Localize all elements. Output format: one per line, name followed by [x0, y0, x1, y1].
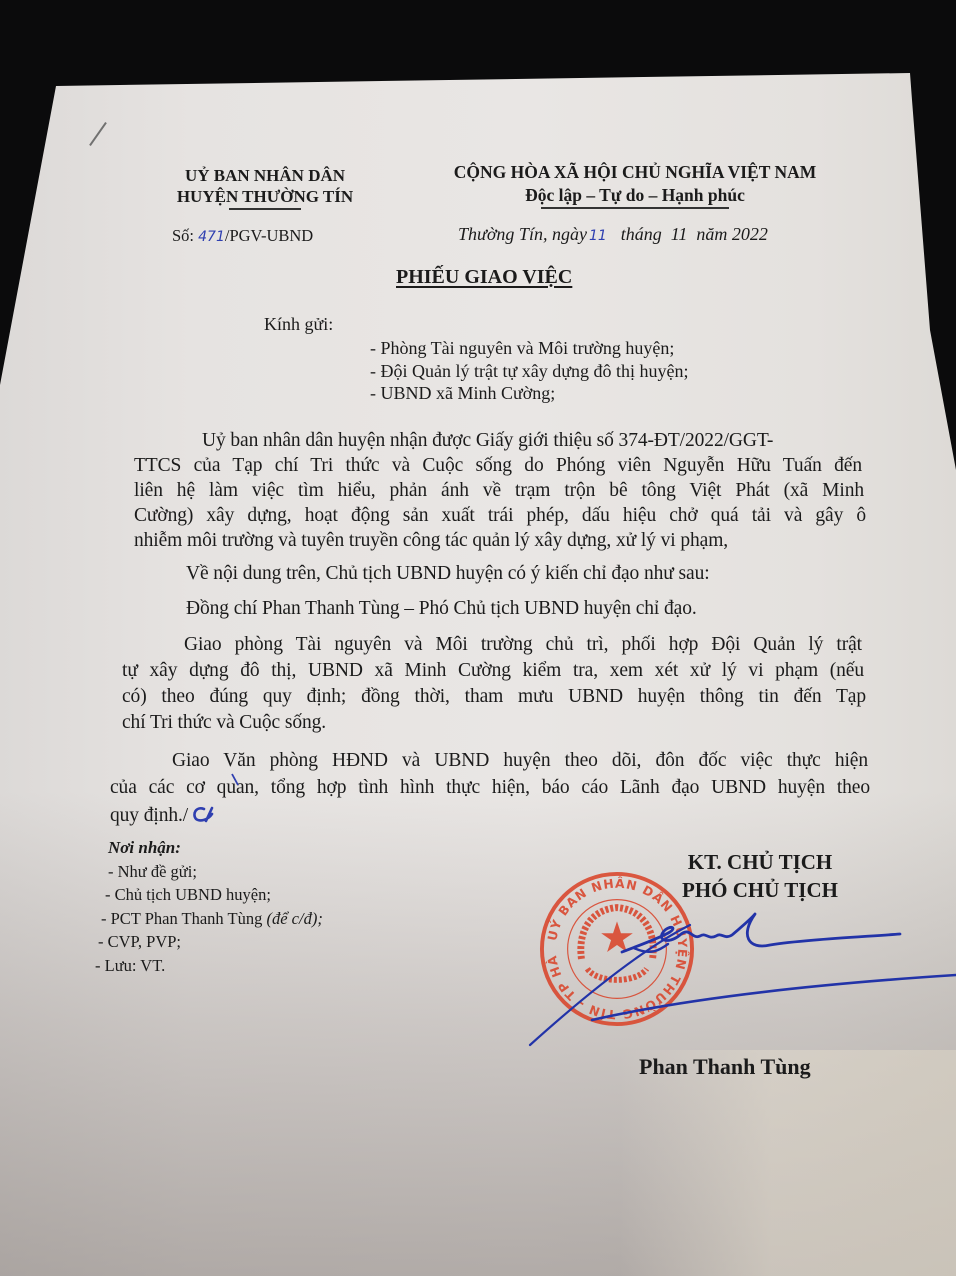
para5-line: quy định./	[110, 804, 224, 827]
recipients-label: Kính gửi:	[264, 314, 333, 335]
handwritten-initial-icon	[190, 804, 224, 824]
official-stamp: UỶ BAN NHÂN DÂN HUYỆN THƯỜNG TÍN - TP HÀ…	[538, 870, 696, 1028]
signer-name: Phan Thanh Tùng	[639, 1054, 811, 1080]
recipients-list: - Phòng Tài nguyên và Môi trường huyện; …	[370, 337, 688, 405]
signer-title: KT. CHỦ TỊCH PHÓ CHỦ TỊCH	[680, 848, 840, 904]
para5-line: Giao Văn phòng HĐND và UBND huyện theo d…	[172, 750, 868, 772]
document-number: Số: 471/PGV-UBND	[172, 226, 313, 246]
recipient-item: - UBND xã Minh Cường;	[370, 382, 688, 405]
para4-line: chí Tri thức và Cuộc sống.	[122, 712, 326, 734]
motto: Độc lập – Tự do – Hạnh phúc	[425, 185, 845, 206]
recipient-item: - Đội Quản lý trật tự xây dựng đô thị hu…	[370, 360, 688, 383]
distribution-list: Nơi nhận: - Như đề gửi; - Chủ tịch UBND …	[108, 836, 323, 977]
country-name: CỘNG HÒA XÃ HỘI CHỦ NGHĨA VIỆT NAM	[425, 162, 845, 183]
para1-line: Uỷ ban nhân dân huyện nhận được Giấy giớ…	[202, 430, 860, 452]
document-date: Thường Tín, ngày11tháng 11 năm 2022	[458, 224, 768, 245]
signer-title-line2: PHÓ CHỦ TỊCH	[680, 876, 840, 904]
agency-line-1: UỶ BAN NHÂN DÂN	[160, 166, 370, 186]
agency-name: UỶ BAN NHÂN DÂN HUYỆN THƯỜNG TÍN	[160, 166, 370, 210]
distribution-item: - Lưu: VT.	[95, 954, 323, 978]
para3: Đồng chí Phan Thanh Tùng – Phó Chủ tịch …	[186, 598, 697, 620]
national-motto: CỘNG HÒA XÃ HỘI CHỦ NGHĨA VIỆT NAM Độc l…	[425, 162, 845, 209]
para4-line: tự xây dựng đô thị, UBND xã Minh Cường k…	[122, 660, 864, 682]
distribution-label: Nơi nhận:	[108, 836, 323, 860]
signer-title-line1: KT. CHỦ TỊCH	[680, 848, 840, 876]
handwritten-number: 471	[198, 229, 225, 245]
motto-underline	[541, 207, 729, 209]
distribution-item: - PCT Phan Thanh Tùng (để c/đ);	[101, 907, 323, 931]
distribution-item: - CVP, PVP;	[98, 930, 323, 954]
para5-line: của các cơ quan, tổng hợp tình hình thực…	[110, 777, 870, 799]
agency-line-2: HUYỆN THƯỜNG TÍN	[160, 187, 370, 207]
agency-underline	[229, 208, 301, 210]
para2: Về nội dung trên, Chủ tịch UBND huyện có…	[186, 563, 710, 585]
distribution-item: - Như đề gửi;	[108, 860, 323, 884]
para4-line: có) theo đúng quy định; đồng thời, tham …	[122, 686, 866, 708]
para1-line: Cường) xây dựng, hoạt động sản xuất trái…	[134, 505, 866, 527]
para1-line: TTCS của Tạp chí Tri thức và Cuộc sống d…	[134, 455, 862, 477]
para1-line: nhiễm môi trường và tuyên truyền công tá…	[134, 530, 866, 552]
recipient-item: - Phòng Tài nguyên và Môi trường huyện;	[370, 337, 688, 360]
para1-line: liên hệ làm việc tìm hiểu, phản ánh về t…	[134, 480, 864, 502]
para4-line: Giao phòng Tài nguyên và Môi trường chủ …	[184, 634, 862, 656]
distribution-item: - Chủ tịch UBND huyện;	[105, 883, 323, 907]
handwritten-day: 11	[589, 228, 607, 244]
document-title: PHIẾU GIAO VIỆC	[396, 266, 572, 289]
